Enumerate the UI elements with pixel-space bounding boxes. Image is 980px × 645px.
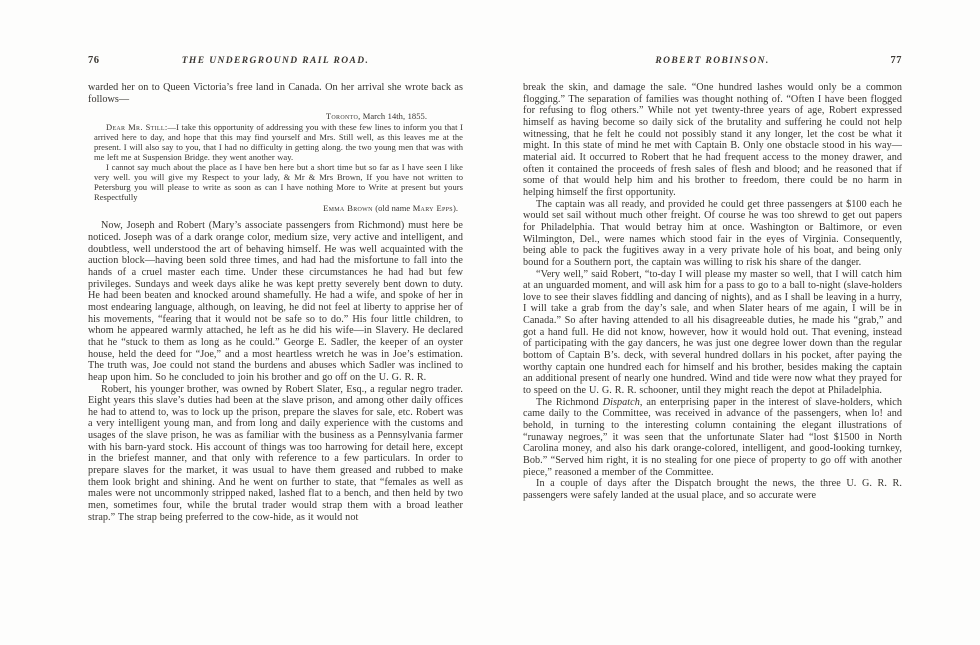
body-paragraph: Robert, his younger brother, was owned b… <box>88 384 463 524</box>
text-segment: “Very well,” said Robert, “to-day I will… <box>523 269 902 397</box>
right-running-title: ROBERT ROBINSON. <box>565 56 860 66</box>
text-segment: ). <box>453 203 458 213</box>
text-segment: Mary Epps <box>413 203 453 213</box>
text-segment: , an enterprising paper in the interest … <box>523 397 902 478</box>
right-page-number: 77 <box>860 55 902 66</box>
text-segment: Emma Brown <box>323 203 373 213</box>
body-paragraph: Now, Joseph and Robert (Mary’s associate… <box>88 220 463 383</box>
text-segment: , March 14th, 1855. <box>358 111 427 121</box>
text-segment: Now, Joseph and Robert (Mary’s associate… <box>88 220 463 383</box>
text-segment: (old name <box>373 203 413 213</box>
right-page-body: break the skin, and damage the sale. “On… <box>523 82 902 502</box>
text-segment: Dispatch <box>603 397 640 408</box>
letter-paragraph: I cannot say much about the place as I h… <box>94 162 463 202</box>
text-segment: Dear Mr. Still: <box>106 122 168 132</box>
left-page-number: 76 <box>88 55 130 66</box>
body-paragraph: “Very well,” said Robert, “to-day I will… <box>523 269 902 397</box>
text-segment: The captain was all ready, and provided … <box>523 199 902 268</box>
text-segment: In a couple of days after the Dispatch b… <box>523 478 902 501</box>
left-page: 76 THE UNDERGROUND RAIL ROAD. warded her… <box>88 55 463 523</box>
text-segment: break the skin, and damage the sale. “On… <box>523 82 902 198</box>
text-segment: Robert, his younger brother, was owned b… <box>88 384 463 523</box>
right-page-header: ROBERT ROBINSON. 77 <box>523 55 902 67</box>
letter-signature: Emma Brown (old name Mary Epps). <box>94 203 463 213</box>
body-paragraph: break the skin, and damage the sale. “On… <box>523 82 902 199</box>
left-page-header: 76 THE UNDERGROUND RAIL ROAD. <box>88 55 463 67</box>
text-segment: warded her on to Queen Victoria’s free l… <box>88 82 463 105</box>
right-page: ROBERT ROBINSON. 77 break the skin, and … <box>523 55 902 502</box>
letter-dateline: Toronto, March 14th, 1855. <box>94 111 463 121</box>
letter-paragraph: Dear Mr. Still:—I take this opportunity … <box>94 122 463 162</box>
text-segment: I cannot say much about the place as I h… <box>94 162 463 202</box>
body-paragraph: The captain was all ready, and provided … <box>523 199 902 269</box>
book-scan: 76 THE UNDERGROUND RAIL ROAD. warded her… <box>0 0 980 645</box>
body-paragraph: The Richmond Dispatch, an enterprising p… <box>523 397 902 479</box>
left-page-body: warded her on to Queen Victoria’s free l… <box>88 82 463 523</box>
text-segment: The Richmond <box>536 397 603 408</box>
left-running-title: THE UNDERGROUND RAIL ROAD. <box>130 56 421 66</box>
text-segment: Toronto <box>326 111 358 121</box>
letter-excerpt: Toronto, March 14th, 1855. Dear Mr. Stil… <box>94 111 463 213</box>
body-paragraph: In a couple of days after the Dispatch b… <box>523 478 902 501</box>
intro-paragraph: warded her on to Queen Victoria’s free l… <box>88 82 463 105</box>
